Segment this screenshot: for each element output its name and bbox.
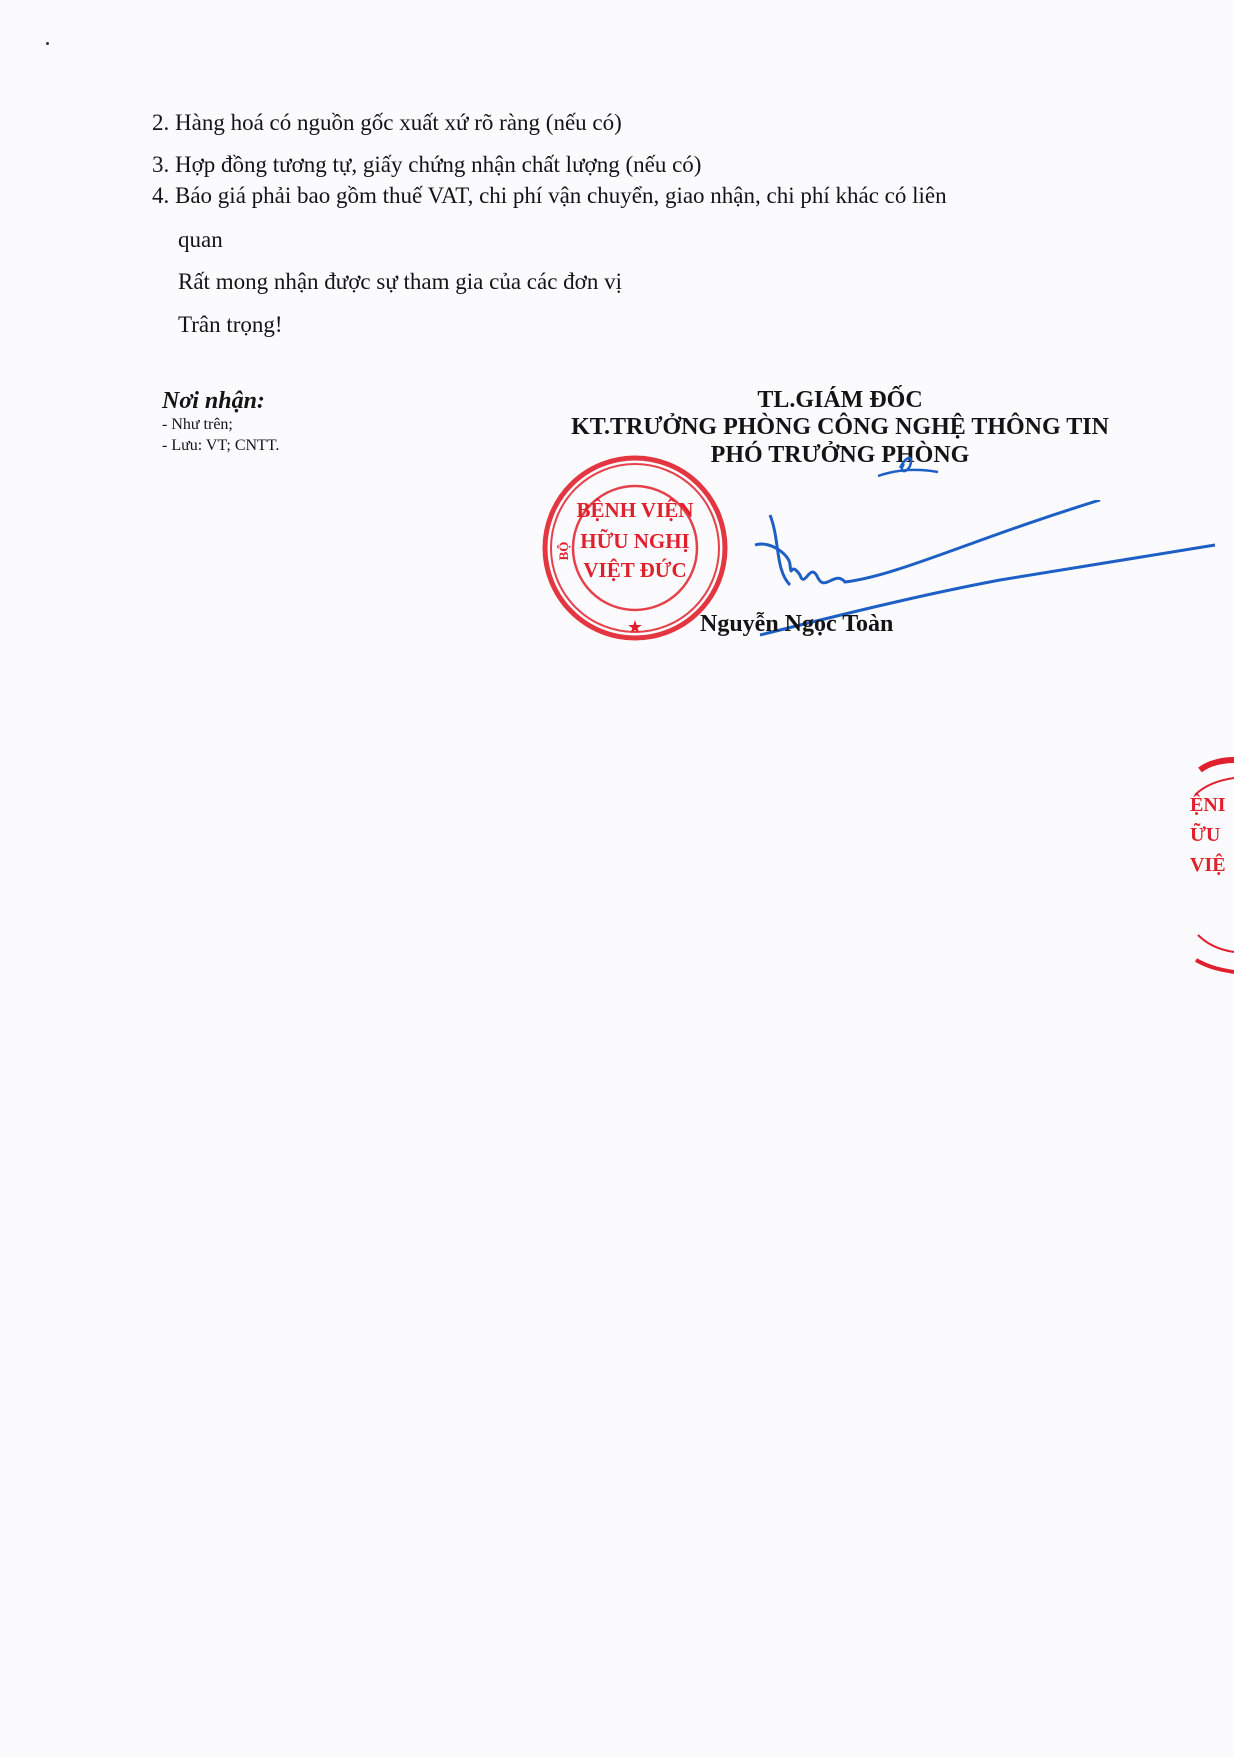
item-4-continued: quan (178, 228, 223, 251)
signature-title-1: TL.GIÁM ĐỐC (520, 387, 1160, 414)
partial-stamp-ring (1190, 750, 1234, 980)
initial-mark (870, 448, 950, 488)
closing-text: Rất mong nhận được sự tham gia của các đ… (178, 270, 622, 293)
item-2: 2. Hàng hoá có nguồn gốc xuất xứ rõ ràng… (152, 111, 622, 134)
signer-name: Nguyễn Ngọc Toàn (520, 611, 1160, 638)
svg-text:BỘ: BỘ (556, 542, 571, 561)
recipient-item: - Lưu: VT; CNTT. (162, 437, 279, 455)
scan-speck (46, 42, 49, 45)
signature-title-2: KT.TRƯỞNG PHÒNG CÔNG NGHỆ THÔNG TIN (520, 414, 1160, 441)
item-3: 3. Hợp đồng tương tự, giấy chứng nhận ch… (152, 153, 701, 176)
signature-title-3: PHÓ TRƯỞNG PHÒNG (520, 442, 1160, 469)
item-4: 4. Báo giá phải bao gồm thuế VAT, chi ph… (152, 184, 947, 207)
regards-text: Trân trọng! (178, 313, 283, 336)
recipient-item: - Như trên; (162, 416, 233, 434)
recipients-title: Nơi nhận: (162, 388, 265, 415)
